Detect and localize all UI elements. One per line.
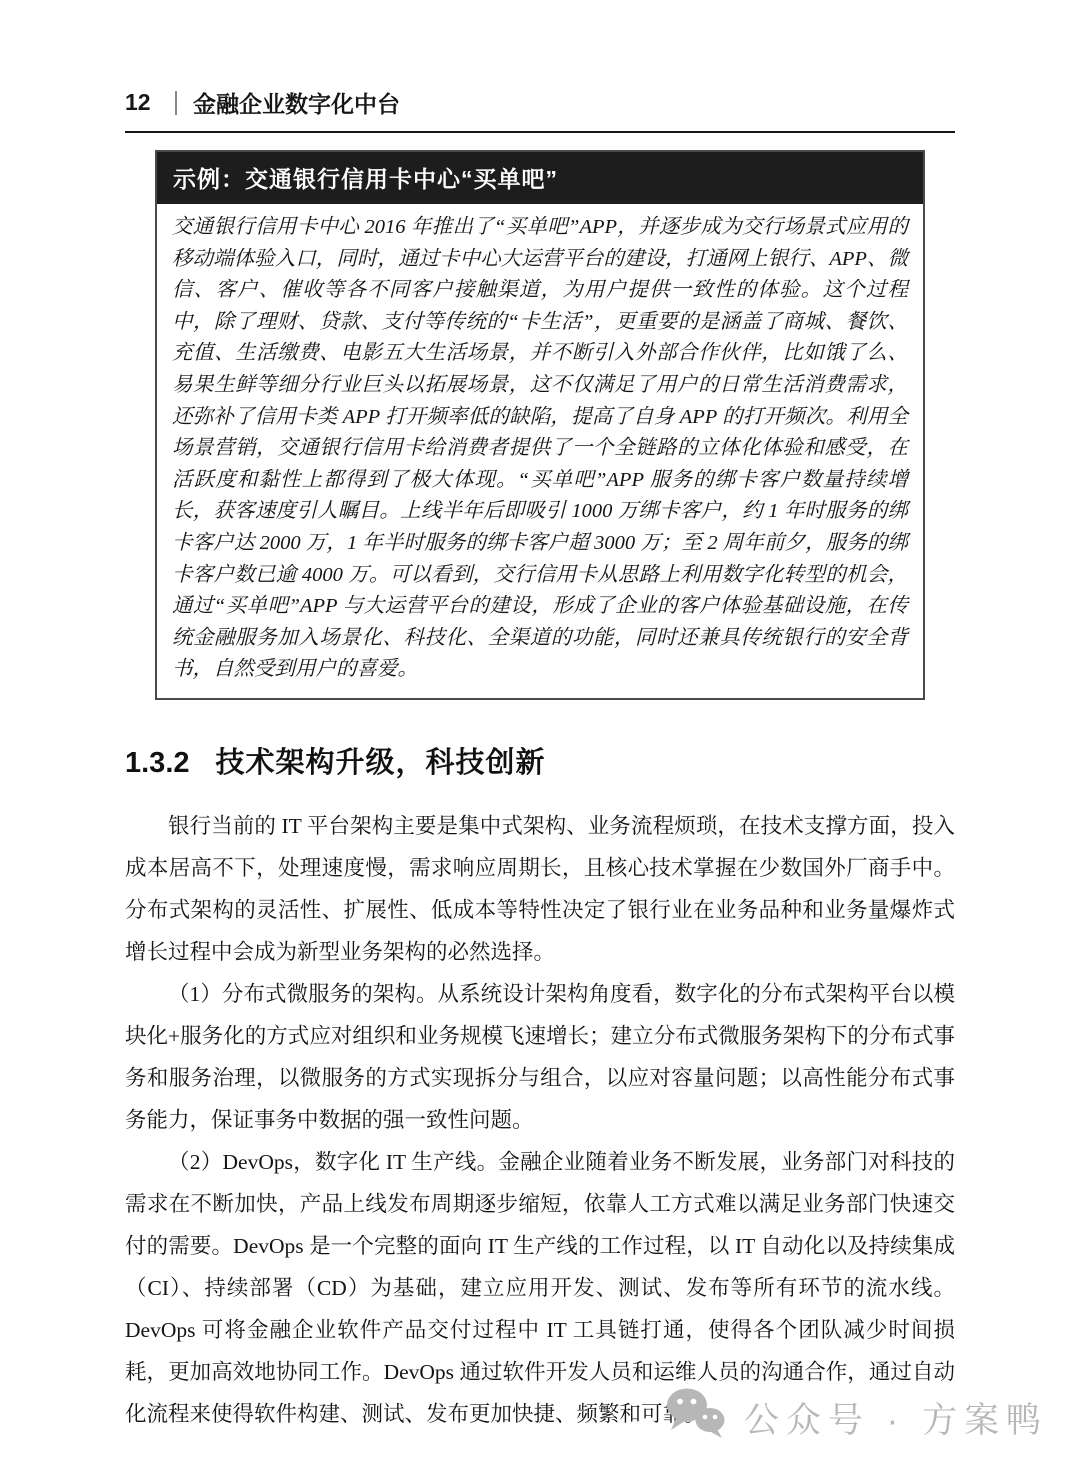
running-title: 金融企业数字化中台 <box>193 86 400 119</box>
section-title: 技术架构升级，科技创新 <box>216 747 546 779</box>
body-paragraph-1: 银行当前的 IT 平台架构主要是集中式架构、业务流程烦琐，在技术支撑方面，投入成… <box>125 805 955 973</box>
section-heading: 1.3.2技术架构升级，科技创新 <box>125 740 955 781</box>
example-box-title: 示例：交通银行信用卡中心“买单吧” <box>157 152 923 204</box>
book-page: 12 金融企业数字化中台 示例：交通银行信用卡中心“买单吧” 交通银行信用卡中心… <box>0 0 1080 1464</box>
body-paragraph-2: （1）分布式微服务的架构。从系统设计架构角度看，数字化的分布式架构平台以模块化+… <box>125 973 955 1141</box>
example-box: 示例：交通银行信用卡中心“买单吧” 交通银行信用卡中心 2016 年推出了“买单… <box>155 150 925 700</box>
watermark-text: 公众号 · 方案鸭 <box>744 1393 1048 1443</box>
header-rule <box>125 131 955 133</box>
section-number: 1.3.2 <box>125 747 190 779</box>
header-divider <box>175 91 177 115</box>
watermark: 公众号 · 方案鸭 <box>664 1387 1048 1448</box>
example-box-body: 交通银行信用卡中心 2016 年推出了“买单吧”APP，并逐步成为交行场景式应用… <box>157 204 923 698</box>
wechat-icon <box>664 1387 728 1448</box>
page-header: 12 金融企业数字化中台 <box>125 86 955 119</box>
page-number: 12 <box>125 89 159 116</box>
